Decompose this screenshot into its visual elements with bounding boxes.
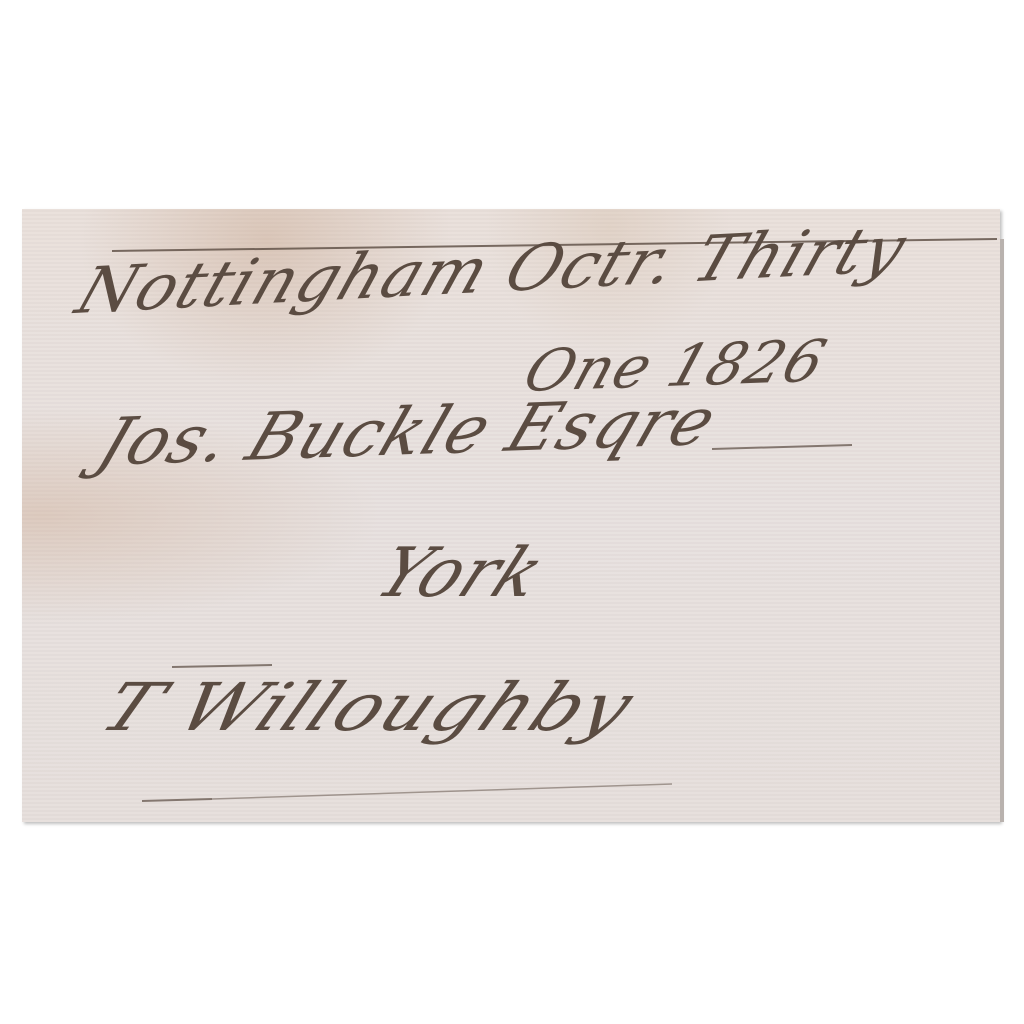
destination-city: York — [364, 534, 557, 613]
document-paper: Nottingham Octr. Thirty One 1826 Jos. Bu… — [22, 209, 1000, 822]
signature: T Willoughby — [88, 669, 647, 746]
addressee-name: Jos. Buckle Esqre — [88, 383, 728, 481]
place-date-line-1: Nottingham Octr. Thirty — [67, 213, 916, 329]
